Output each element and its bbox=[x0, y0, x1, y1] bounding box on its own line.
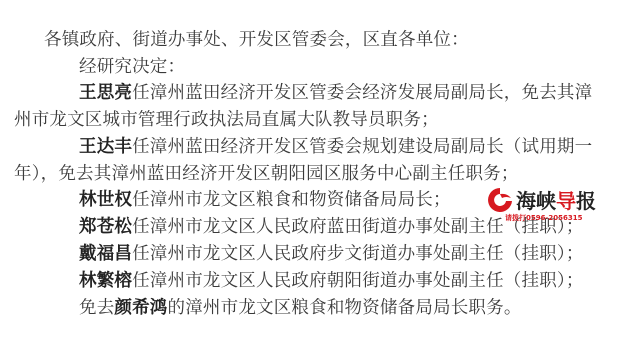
appointment-item: 戴福昌任漳州市龙文区人民政府步文街道办事处副主任（挂职）； bbox=[79, 242, 584, 266]
appointment-text: 任漳州市龙文区人民政府步文街道办事处副主任（挂职）； bbox=[132, 244, 583, 264]
person-name: 林世权 bbox=[79, 190, 132, 210]
person-name: 王达丰 bbox=[79, 137, 132, 157]
appointment-item: 王思亮任漳州蓝田经济开发区管委会经济发展局副局长，免去其漳 bbox=[79, 81, 592, 105]
watermark-name: 海峡导报 bbox=[516, 185, 596, 214]
appointment-text-continued: 年），免去其漳州蓝田经济开发区朝阳园区服务中心副主任职务； bbox=[14, 162, 519, 186]
intro-text: 经研究决定： bbox=[79, 55, 185, 79]
appointment-text: 任漳州蓝田经济开发区管委会规划建设局副局长（试用期一 bbox=[132, 137, 592, 157]
removal-item: 免去颜希鸿的漳州市龙文区粮食和物资储备局局长职务。 bbox=[79, 296, 522, 320]
appointment-item: 林世权任漳州市龙文区粮食和物资储备局局长； bbox=[79, 188, 451, 212]
appointment-item: 林繁榕任漳州市龙文区人民政府朝阳街道办事处副主任（挂职）； bbox=[79, 269, 584, 293]
watermark-phone: 请拨打0596-2056315 bbox=[505, 213, 582, 223]
appointment-item: 王达丰任漳州蓝田经济开发区管委会规划建设局副局长（试用期一 bbox=[79, 135, 592, 159]
appointment-text: 任漳州蓝田经济开发区管委会经济发展局副局长，免去其漳 bbox=[132, 83, 592, 103]
person-name: 颜希鸿 bbox=[114, 298, 167, 318]
person-name: 王思亮 bbox=[79, 83, 132, 103]
person-name: 戴福昌 bbox=[79, 244, 132, 264]
salutation: 各镇政府、街道办事处、开发区管委会，区直各单位： bbox=[44, 28, 469, 52]
appointment-text-continued: 州市龙文区城市管理行政执法局直属大队教导员职务； bbox=[14, 108, 439, 132]
person-name: 郑苍松 bbox=[79, 217, 132, 237]
appointment-text: 任漳州市龙文区人民政府朝阳街道办事处副主任（挂职）； bbox=[132, 271, 583, 291]
newspaper-logo-icon bbox=[487, 187, 513, 213]
watermark: 海峡导报 请拨打0596-2056315 bbox=[487, 185, 587, 231]
removal-prefix: 免去 bbox=[79, 298, 114, 318]
appointment-text: 任漳州市龙文区粮食和物资储备局局长； bbox=[132, 190, 451, 210]
person-name: 林繁榕 bbox=[79, 271, 132, 291]
removal-text: 的漳州市龙文区粮食和物资储备局局长职务。 bbox=[168, 298, 522, 318]
